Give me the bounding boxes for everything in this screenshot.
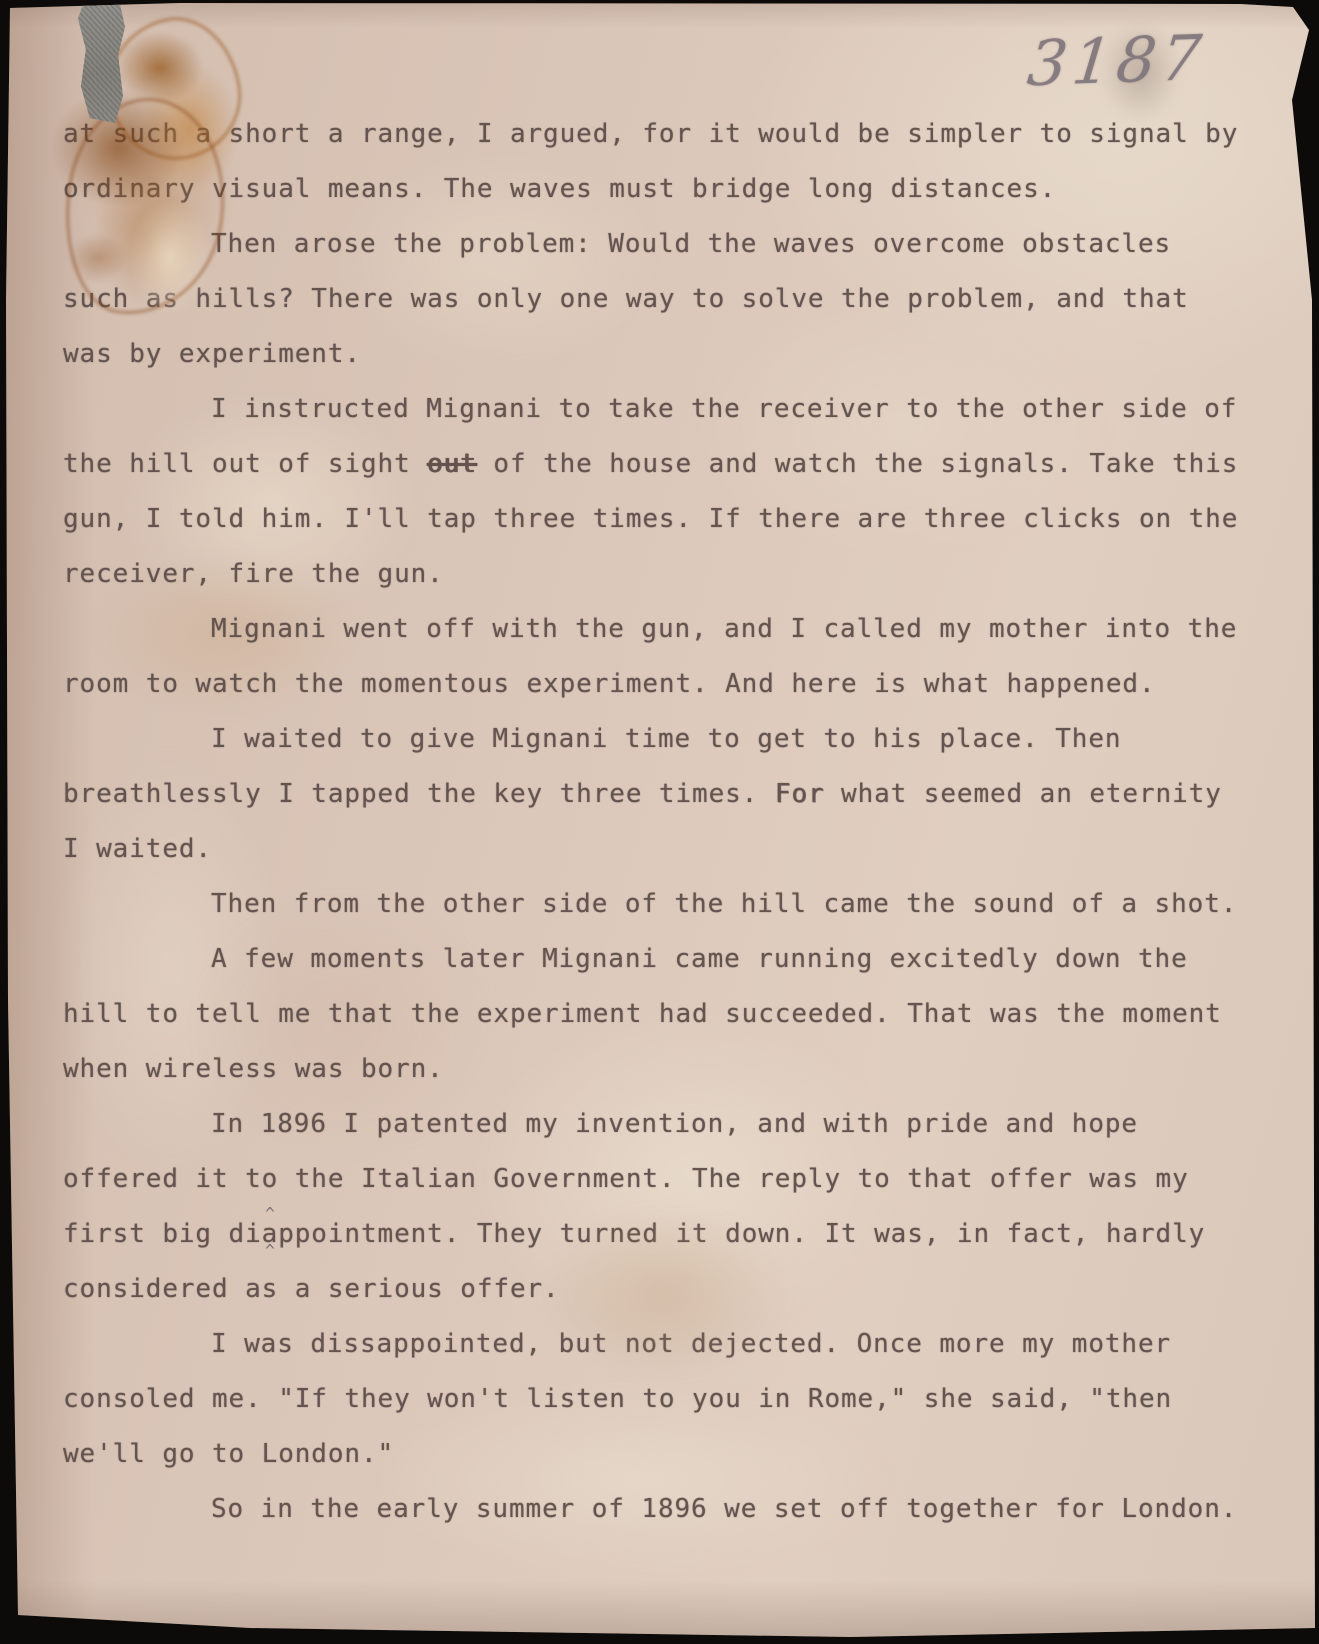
typed-segment: Then from the other side of the hill cam…	[211, 889, 1237, 919]
typed-segment: when wireless was born.	[63, 1054, 444, 1084]
insertion-caret-above: ^	[265, 1206, 275, 1222]
typed-segment: I instructed Mignani to take the receive…	[211, 394, 1237, 424]
typed-segment: I waited.	[63, 834, 212, 864]
typed-segment: Mignani went off with the gun, and I cal…	[211, 614, 1237, 644]
typed-line: consoled me. "If they won't listen to yo…	[63, 1372, 1278, 1427]
typed-line: considered as a serious offer.	[63, 1262, 1278, 1317]
typed-segment: a^^	[262, 1219, 279, 1249]
typed-line: such as hills? There was only one way to…	[63, 272, 1278, 327]
typed-segment: offered it to the Italian Government. Th…	[63, 1164, 1189, 1194]
typed-segment: Then arose the problem: Would the waves …	[211, 229, 1171, 259]
typed-segment: So in the early summer of 1896 we set of…	[211, 1494, 1237, 1524]
typed-line: breathlessly I tapped the key three time…	[63, 767, 1278, 822]
typed-segment: A few moments later Mignani came running…	[211, 944, 1188, 974]
typed-line: offered it to the Italian Government. Th…	[63, 1152, 1278, 1207]
typed-line: I was dissappointed, but not dejected. O…	[63, 1317, 1278, 1372]
typed-line: was by experiment.	[63, 327, 1278, 382]
typed-segment: consoled me. "If they won't listen to yo…	[63, 1384, 1172, 1414]
typed-segment: of the house and watch the signals. Take…	[477, 449, 1238, 479]
typed-line: at such a short a range, I argued, for i…	[63, 107, 1278, 162]
typed-line: In 1896 I patented my invention, and wit…	[63, 1097, 1278, 1152]
staple-mark	[76, 0, 125, 123]
typed-line: Then arose the problem: Would the waves …	[63, 217, 1278, 272]
handwritten-page-number: 3187	[1024, 21, 1209, 101]
typed-segment: receiver, fire the gun.	[63, 559, 444, 589]
typed-line: A few moments later Mignani came running…	[63, 932, 1278, 987]
typed-line: Then from the other side of the hill cam…	[63, 877, 1278, 932]
typed-segment: we'll go to London."	[63, 1439, 394, 1469]
typed-segment: gun, I told him. I'll tap three times. I…	[63, 504, 1238, 534]
typed-line: when wireless was born.	[63, 1042, 1278, 1097]
typed-line: gun, I told him. I'll tap three times. I…	[63, 492, 1278, 547]
typed-line: first big dia^^ppointment. They turned i…	[63, 1207, 1278, 1262]
typed-segment: For	[775, 779, 825, 809]
typed-segment: hill to tell me that the experiment had …	[63, 999, 1222, 1029]
typed-line: the hill out of sight out of the house a…	[63, 437, 1278, 492]
typed-segment: room to watch the momentous experiment. …	[63, 669, 1156, 699]
typed-line: we'll go to London."	[63, 1427, 1278, 1482]
typed-line: I waited.	[63, 822, 1278, 877]
typed-line: Mignani went off with the gun, and I cal…	[63, 602, 1278, 657]
typed-segment: considered as a serious offer.	[63, 1274, 560, 1304]
typed-segment: such as hills? There was only one way to…	[63, 284, 1189, 314]
paper: at such a short a range, I argued, for i…	[0, 0, 1319, 1644]
typed-segment: ppointment. They turned it down. It was,…	[278, 1219, 1205, 1249]
insertion-caret-below: ^	[265, 1243, 275, 1259]
typed-segment: In 1896 I patented my invention, and wit…	[211, 1109, 1138, 1139]
typed-segment: at such a short a range, I argued, for i…	[63, 119, 1238, 149]
typed-line: receiver, fire the gun.	[63, 547, 1278, 602]
typed-line: room to watch the momentous experiment. …	[63, 657, 1278, 712]
typed-line: I instructed Mignani to take the receive…	[63, 382, 1278, 437]
typed-line: hill to tell me that the experiment had …	[63, 987, 1278, 1042]
typed-segment: what seemed an eternity	[824, 779, 1221, 809]
typed-line: ordinary visual means. The waves must br…	[63, 162, 1278, 217]
typed-segment: ordinary visual means. The waves must br…	[63, 174, 1056, 204]
typed-segment: was by experiment.	[63, 339, 361, 369]
typed-line: So in the early summer of 1896 we set of…	[63, 1482, 1278, 1537]
typed-segment: the hill out of sight	[63, 449, 427, 479]
scanned-page: at such a short a range, I argued, for i…	[0, 0, 1319, 1644]
typed-segment: first big di	[63, 1219, 262, 1249]
typed-segment: I was dissappointed, but not dejected. O…	[211, 1329, 1171, 1359]
typed-segment: I waited to give Mignani time to get to …	[211, 724, 1121, 754]
typed-line: I waited to give Mignani time to get to …	[63, 712, 1278, 767]
struck-word: out	[427, 449, 477, 479]
paper-edge-shading-bottom	[0, 1580, 1319, 1644]
typed-segment: breathlessly I tapped the key three time…	[63, 779, 775, 809]
typed-text: at such a short a range, I argued, for i…	[63, 107, 1278, 1537]
